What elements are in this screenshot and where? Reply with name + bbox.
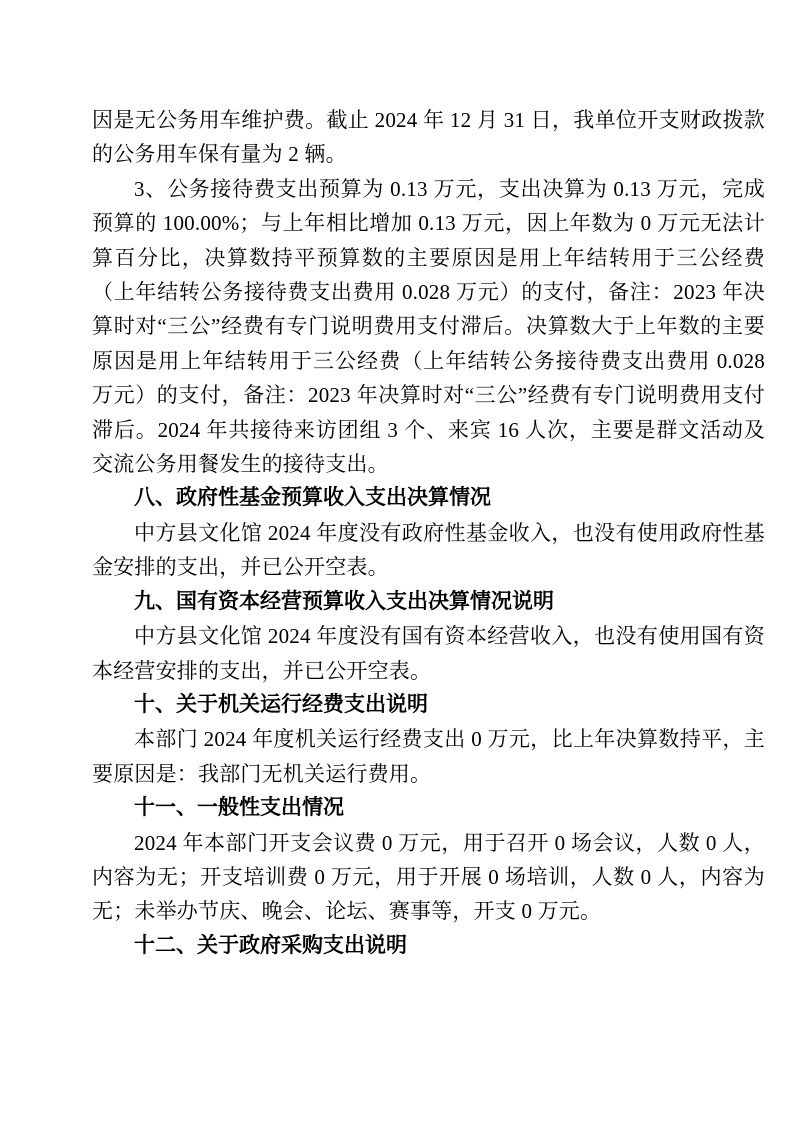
section-heading: 十、关于机关运行经费支出说明 bbox=[92, 688, 765, 722]
section-heading: 八、政府性基金预算收入支出决算情况 bbox=[92, 481, 765, 515]
document-body: 因是无公务用车维护费。截止 2024 年 12 月 31 日，我单位开支财政拨款… bbox=[92, 103, 765, 963]
section-heading: 九、国有资本经营预算收入支出决算情况说明 bbox=[92, 585, 765, 619]
paragraph: 中方县文化馆 2024 年度没有政府性基金收入，也没有使用政府性基金安排的支出，… bbox=[92, 516, 765, 585]
section-heading: 十一、一般性支出情况 bbox=[92, 791, 765, 825]
paragraph: 2024 年本部门开支会议费 0 万元，用于召开 0 场会议，人数 0 人，内容… bbox=[92, 826, 765, 929]
document-page: 因是无公务用车维护费。截止 2024 年 12 月 31 日，我单位开支财政拨款… bbox=[0, 0, 793, 1122]
paragraph: 因是无公务用车维护费。截止 2024 年 12 月 31 日，我单位开支财政拨款… bbox=[92, 103, 765, 172]
paragraph: 3、公务接待费支出预算为 0.13 万元，支出决算为 0.13 万元，完成预算的… bbox=[92, 172, 765, 482]
section-heading: 十二、关于政府采购支出说明 bbox=[92, 929, 765, 963]
paragraph: 中方县文化馆 2024 年度没有国有资本经营收入，也没有使用国有资本经营安排的支… bbox=[92, 619, 765, 688]
paragraph: 本部门 2024 年度机关运行经费支出 0 万元，比上年决算数持平，主要原因是：… bbox=[92, 722, 765, 791]
